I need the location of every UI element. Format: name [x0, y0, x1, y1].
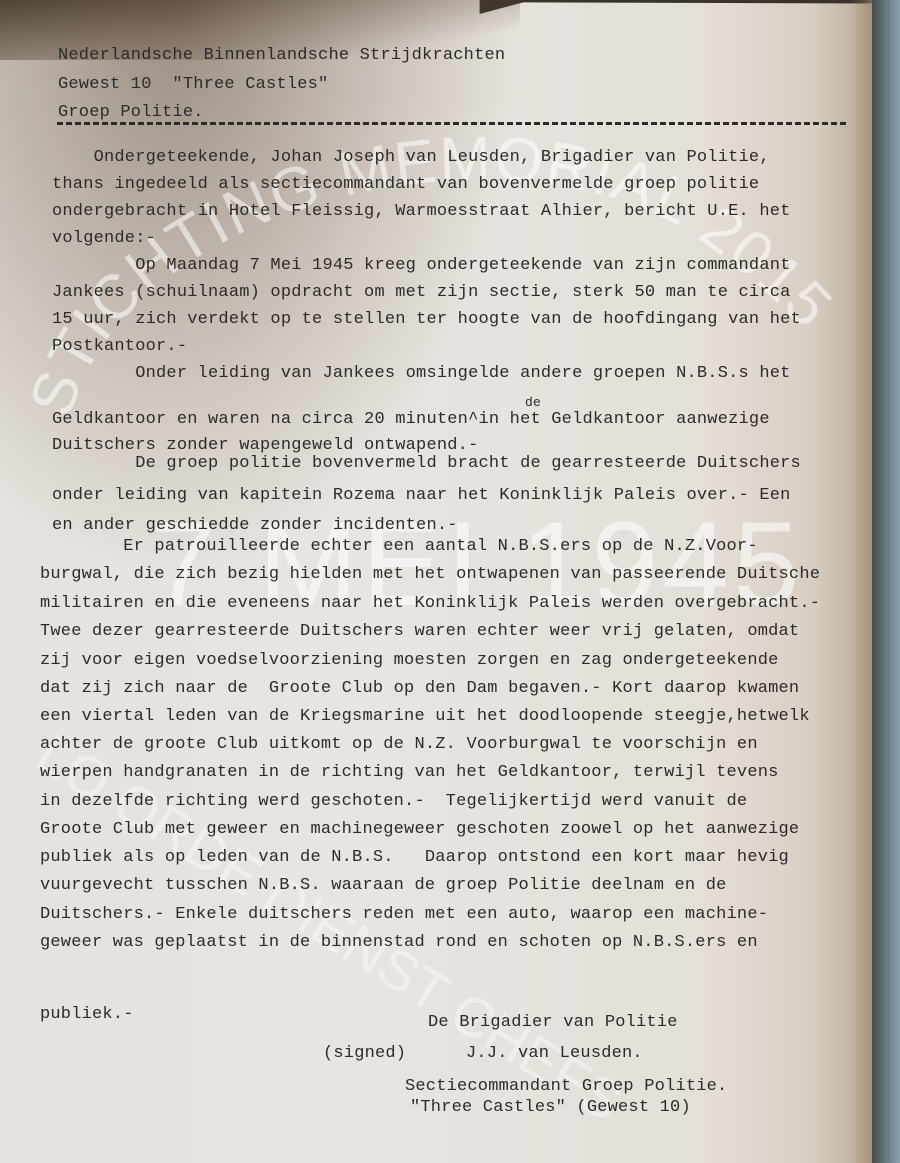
insertion-mark: de [525, 395, 541, 410]
body-line-p4: onder leiding van kapitein Rozema naar h… [52, 486, 791, 506]
body-line-p5: in dezelfde richting werd geschoten.- Te… [40, 792, 747, 812]
body-line-p5: publiek.- [40, 1005, 134, 1025]
body-line-p3: Geldkantoor en waren na circa 20 minuten… [52, 410, 770, 430]
signed-label: (signed) [323, 1044, 406, 1064]
body-line-p5: militairen en die eveneens naar het Koni… [40, 594, 820, 614]
body-line-p1: volgende:- [52, 229, 156, 249]
body-line-p5: Twee dezer gearresteerde Duitschers ware… [40, 622, 799, 642]
body-line-p3: Duitschers zonder wapengeweld ontwapend.… [52, 436, 478, 456]
header-organization: Nederlandsche Binnenlandsche Strijdkrach… [58, 46, 505, 66]
body-line-p5: wierpen handgranaten in de richting van … [40, 763, 779, 783]
body-line-p5: vuurgevecht tusschen N.B.S. waaraan de g… [40, 876, 727, 896]
body-line-p5: burgwal, die zich bezig hielden met het … [40, 565, 820, 585]
signatory-name: J.J. van Leusden. [466, 1044, 643, 1064]
body-line-p4: De groep politie bovenvermeld bracht de … [52, 454, 801, 474]
body-line-p4: en ander geschiedde zonder incidenten.- [52, 516, 458, 536]
body-line-p1: thans ingedeeld als sectiecommandant van… [52, 175, 759, 195]
body-line-p2: Postkantoor.- [52, 337, 187, 357]
body-line-p2: 15 uur, zich verdekt op te stellen ter h… [52, 310, 801, 330]
body-line-p5: zij voor eigen voedselvoorziening moeste… [40, 651, 779, 671]
body-line-p2: Op Maandag 7 Mei 1945 kreeg ondergeteeke… [52, 256, 791, 276]
header-group: Groep Politie. [58, 103, 204, 123]
body-line-p5: achter de groote Club uitkomt op de N.Z.… [40, 735, 758, 755]
body-line-p5: Er patrouilleerde echter een aantal N.B.… [40, 537, 758, 557]
body-line-p2: Jankees (schuilnaam) opdracht om met zij… [52, 283, 791, 303]
typewritten-document: Nederlandsche Binnenlandsche Strijdkrach… [0, 0, 872, 1163]
body-line-p1: ondergebracht in Hotel Fleissig, Warmoes… [52, 202, 791, 222]
body-line-p1: Ondergeteekende, Johan Joseph van Leusde… [52, 148, 770, 168]
header-region: Gewest 10 "Three Castles" [58, 75, 328, 95]
body-line-p5: geweer was geplaatst in de binnenstad ro… [40, 933, 758, 953]
body-line-p5: publiek als op leden van de N.B.S. Daaro… [40, 848, 789, 868]
body-line-p5: Groote Club met geweer en machinegeweer … [40, 820, 799, 840]
signatory-unit: "Three Castles" (Gewest 10) [410, 1098, 691, 1118]
header-divider [57, 122, 847, 125]
signatory-role: Sectiecommandant Groep Politie. [405, 1077, 727, 1097]
signature-title: De Brigadier van Politie [428, 1013, 678, 1033]
body-line-p5: dat zij zich naar de Groote Club op den … [40, 679, 799, 699]
body-line-p3: Onder leiding van Jankees omsingelde and… [52, 364, 791, 384]
body-line-p5: een viertal leden van de Kriegsmarine ui… [40, 707, 810, 727]
body-line-p5: Duitschers.- Enkele duitschers reden met… [40, 905, 768, 925]
